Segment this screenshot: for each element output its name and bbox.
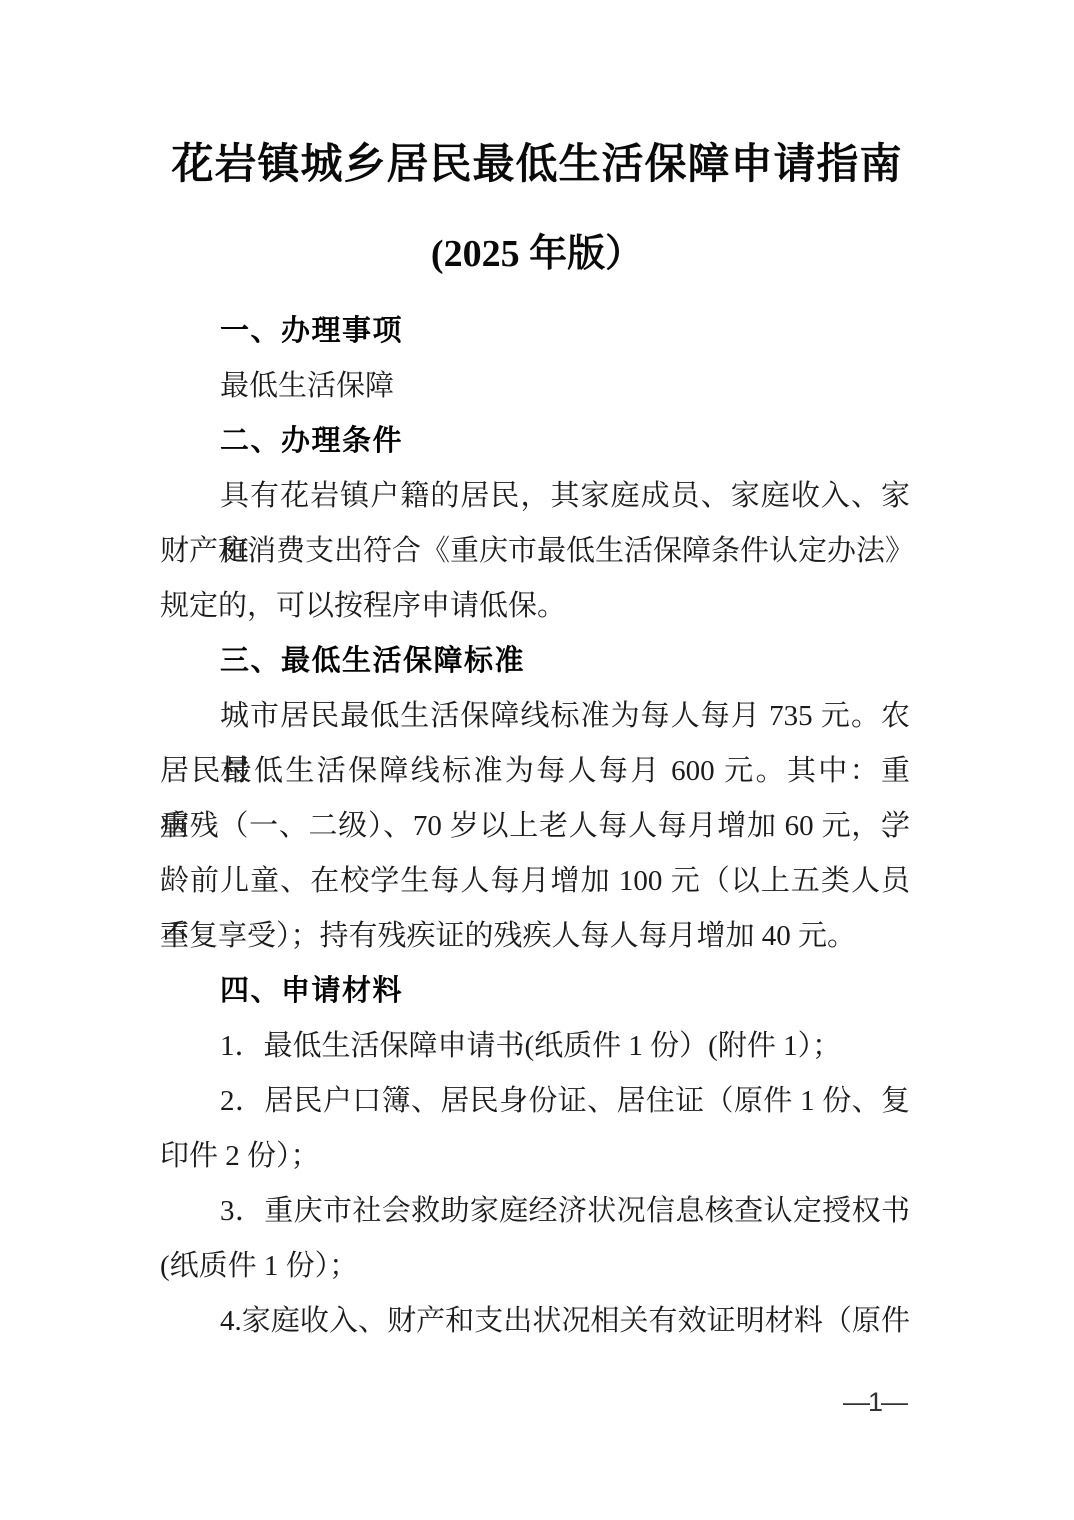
section-application-materials: 四、申请材料 1．最低生活保障申请书(纸质件 1 份）(附件 1）； 2．居民户… (160, 964, 910, 1349)
section-allowance-standard: 三、最低生活保障标准 城市居民最低生活保障线标准为每人每月 735 元。农村 居… (160, 634, 910, 964)
document-body: 一、办理事项 最低生活保障 二、办理条件 具有花岩镇户籍的居民，其家庭成员、家庭… (160, 304, 910, 1349)
text-line: 3．重庆市社会救助家庭经济状况信息核查认定授权书 (160, 1184, 910, 1239)
text-line: 最低生活保障 (160, 359, 910, 414)
text-line: 居民最低生活保障线标准为每人每月 600 元。其中：重病、 (160, 744, 910, 799)
text-line: 1．最低生活保障申请书(纸质件 1 份）(附件 1）； (160, 1019, 910, 1074)
section-1-heading: 一、办理事项 (160, 304, 910, 359)
text-line: 印件 2 份）； (160, 1129, 910, 1184)
section-4-heading: 四、申请材料 (160, 964, 910, 1019)
text-line: 2．居民户口簿、居民身份证、居住证（原件 1 份、复 (160, 1074, 910, 1129)
section-processing-item: 一、办理事项 最低生活保障 (160, 304, 910, 414)
text-line: 城市居民最低生活保障线标准为每人每月 735 元。农村 (160, 689, 910, 744)
page-number: —1— (843, 1382, 906, 1422)
section-processing-conditions: 二、办理条件 具有花岩镇户籍的居民，其家庭成员、家庭收入、家庭 财产和消费支出符… (160, 414, 910, 634)
text-line: 重复享受）；持有残疾证的残疾人每人每月增加 40 元。 (160, 909, 910, 964)
text-line: 财产和消费支出符合《重庆市最低生活保障条件认定办法》 (160, 524, 910, 579)
document-page: 花岩镇城乡居民最低生活保障申请指南 (2025 年版） 一、办理事项 最低生活保… (0, 0, 1074, 1520)
text-line: 重残（一、二级）、70 岁以上老人每人每月增加 60 元，学 (160, 799, 910, 854)
text-line: 规定的，可以按程序申请低保。 (160, 579, 910, 634)
text-line: 龄前儿童、在校学生每人每月增加 100 元（以上五类人员不 (160, 854, 910, 909)
section-2-heading: 二、办理条件 (160, 414, 910, 469)
text-line: 4.家庭收入、财产和支出状况相关有效证明材料（原件 (160, 1294, 910, 1349)
document-subtitle: (2025 年版） (0, 230, 1074, 278)
text-line: 具有花岩镇户籍的居民，其家庭成员、家庭收入、家庭 (160, 469, 910, 524)
text-line: (纸质件 1 份）； (160, 1239, 910, 1294)
document-title: 花岩镇城乡居民最低生活保障申请指南 (0, 0, 1074, 190)
section-3-heading: 三、最低生活保障标准 (160, 634, 910, 689)
